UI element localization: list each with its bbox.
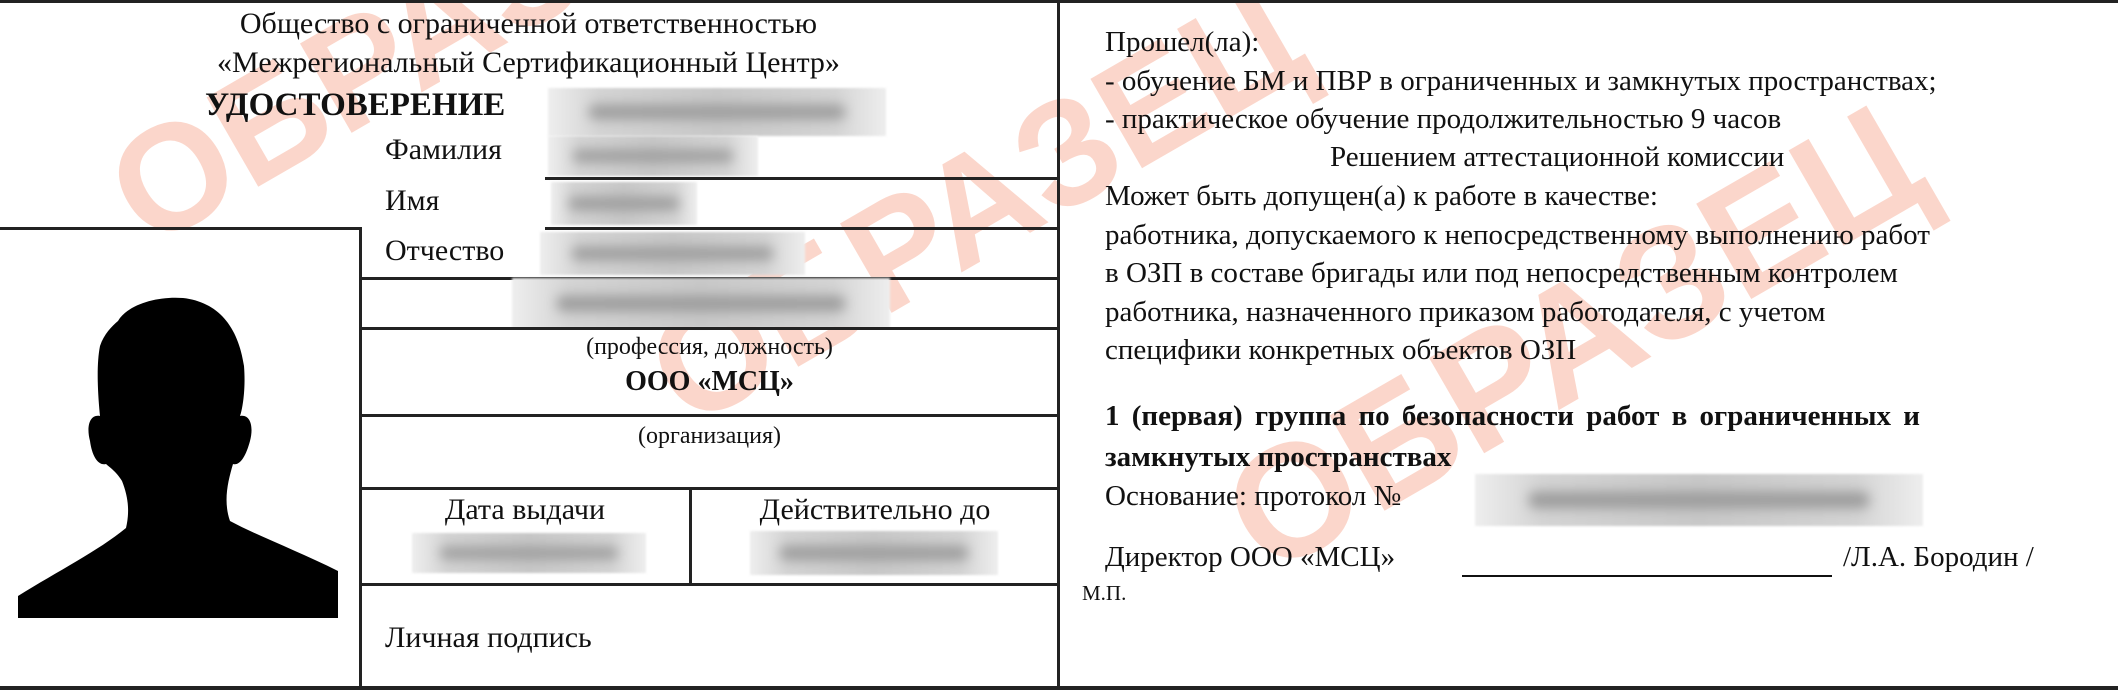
protocol-number-redacted — [1475, 474, 1923, 526]
issue-date-value-redacted — [412, 533, 646, 573]
organization-caption: (организация) — [361, 424, 1058, 448]
dates-top-line — [361, 487, 1058, 490]
name-value-redacted — [551, 182, 697, 225]
admitted-label: Может быть допущен(а) к работе в качеств… — [1105, 182, 1658, 211]
role-line: специфики конкретных объектов ОЗП — [1105, 336, 1576, 365]
passed-label: Прошел(ла): — [1105, 28, 1259, 57]
safety-group: 1 (первая) группа по безопасности работ … — [1105, 402, 1920, 431]
profession-value-redacted — [512, 278, 890, 328]
training-item: - практическое обучение продолжительност… — [1105, 105, 1781, 134]
profession-caption: (профессия, должность) — [361, 335, 1058, 359]
dates-bottom-line — [361, 583, 1058, 586]
organization-value: ООО «МСЦ» — [361, 368, 1058, 396]
certificate-title: УДОСТОВЕРЕНИЕ — [205, 89, 505, 122]
surname-label: Фамилия — [385, 135, 502, 165]
issue-date-label: Дата выдачи — [361, 495, 689, 525]
certificate-number-redacted — [548, 88, 886, 136]
commission-decision: Решением аттестационной комиссии — [1330, 143, 1784, 172]
organization-line — [361, 414, 1058, 417]
basis-label: Основание: протокол № — [1105, 482, 1401, 511]
name-underline — [545, 227, 1058, 230]
patronymic-label: Отчество — [385, 236, 504, 266]
photo-box-top — [0, 227, 362, 230]
training-item: - обучение БМ и ПВР в ограниченных и зам… — [1105, 67, 1937, 96]
photo — [18, 296, 338, 618]
valid-until-label: Действительно до — [692, 495, 1058, 525]
surname-underline — [545, 177, 1058, 180]
org-name-line1: Общество с ограниченной ответственностью — [0, 9, 1057, 39]
person-silhouette-icon — [18, 296, 338, 618]
valid-until-value-redacted — [750, 531, 998, 575]
director-signature-line — [1462, 575, 1832, 577]
patronymic-value-redacted — [540, 232, 805, 275]
name-label: Имя — [385, 186, 439, 216]
director-name: /Л.А. Бородин / — [1843, 543, 2034, 572]
role-line: работника, допускаемого к непосредственн… — [1105, 221, 1930, 250]
org-name-line2: «Межрегиональный Сертификационный Центр» — [0, 48, 1057, 78]
signature-label: Личная подпись — [385, 623, 592, 653]
profession-underline — [361, 327, 1058, 330]
safety-group-cont: замкнутых пространствах — [1105, 443, 1451, 472]
stamp-label: М.П. — [1082, 583, 1126, 604]
role-line: в ОЗП в составе бригады или под непосред… — [1105, 259, 1898, 288]
director-label: Директор ООО «МСЦ» — [1105, 543, 1395, 572]
surname-value-redacted — [548, 136, 758, 176]
role-line: работника, назначенного приказом работод… — [1105, 298, 1825, 327]
photo-box-right — [359, 227, 362, 689]
